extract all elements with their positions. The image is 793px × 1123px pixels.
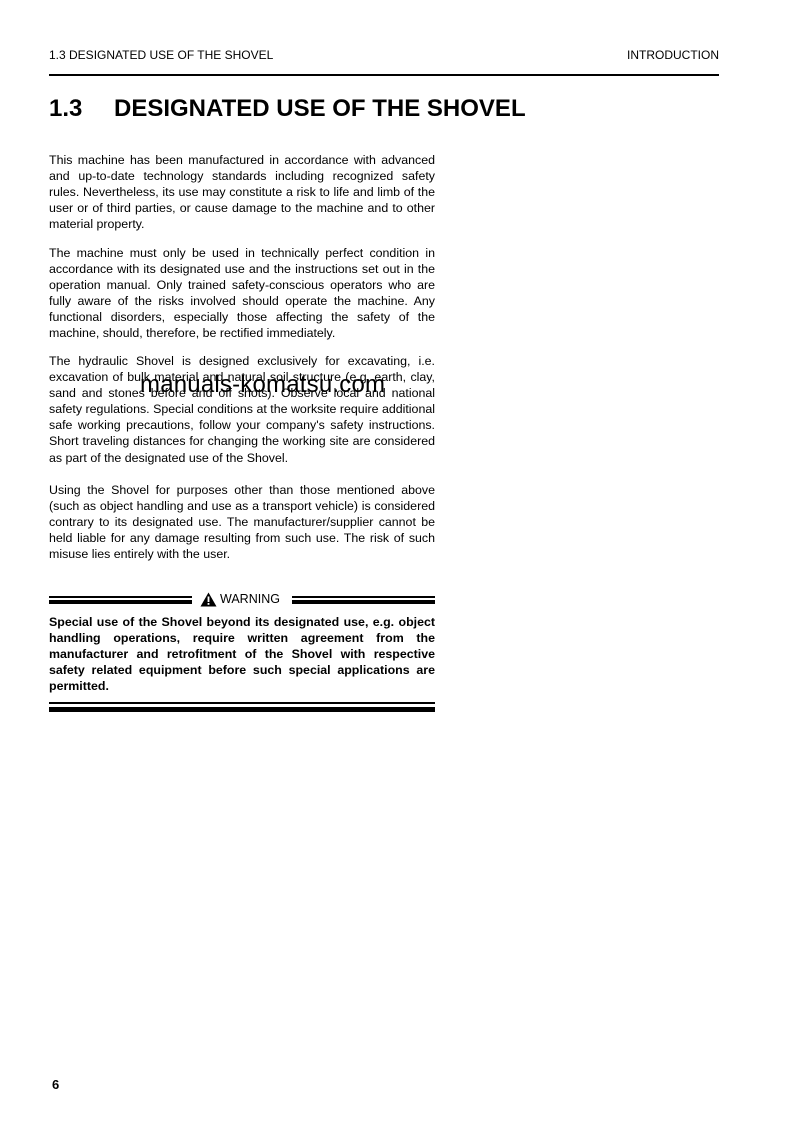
paragraph-text: The hydraulic Shovel is designed exclusi… xyxy=(49,353,435,466)
paragraph-text: Using the Shovel for purposes other than… xyxy=(49,482,435,562)
warning-rule-right xyxy=(292,596,435,605)
warning-rule-left xyxy=(49,596,192,605)
warning-bottom-rule xyxy=(49,702,435,713)
body-paragraph-2: The machine must only be used in technic… xyxy=(49,245,435,342)
body-paragraph-3: The hydraulic Shovel is designed exclusi… xyxy=(49,353,435,466)
warning-label: WARNING xyxy=(220,591,280,607)
warning-header: WARNING xyxy=(49,590,435,608)
section-heading: DESIGNATED USE OF THE SHOVEL xyxy=(114,95,526,122)
warning-text: Special use of the Shovel beyond its des… xyxy=(49,614,435,694)
page-number: 6 xyxy=(52,1077,59,1093)
running-header: 1.3 DESIGNATED USE OF THE SHOVEL INTRODU… xyxy=(49,47,719,63)
warning-label-group: WARNING xyxy=(200,590,280,608)
body-paragraph-1: This machine has been manufactured in ac… xyxy=(49,152,435,232)
header-rule xyxy=(49,74,719,76)
section-title: 1.3DESIGNATED USE OF THE SHOVEL xyxy=(49,94,526,124)
running-header-section: 1.3 DESIGNATED USE OF THE SHOVEL xyxy=(49,47,273,63)
warning-triangle-icon xyxy=(200,592,217,607)
section-number: 1.3 xyxy=(49,94,114,124)
paragraph-text: The machine must only be used in technic… xyxy=(49,245,435,342)
paragraph-text: This machine has been manufactured in ac… xyxy=(49,152,435,232)
body-paragraph-4: Using the Shovel for purposes other than… xyxy=(49,482,435,562)
running-header-chapter: INTRODUCTION xyxy=(627,47,719,63)
